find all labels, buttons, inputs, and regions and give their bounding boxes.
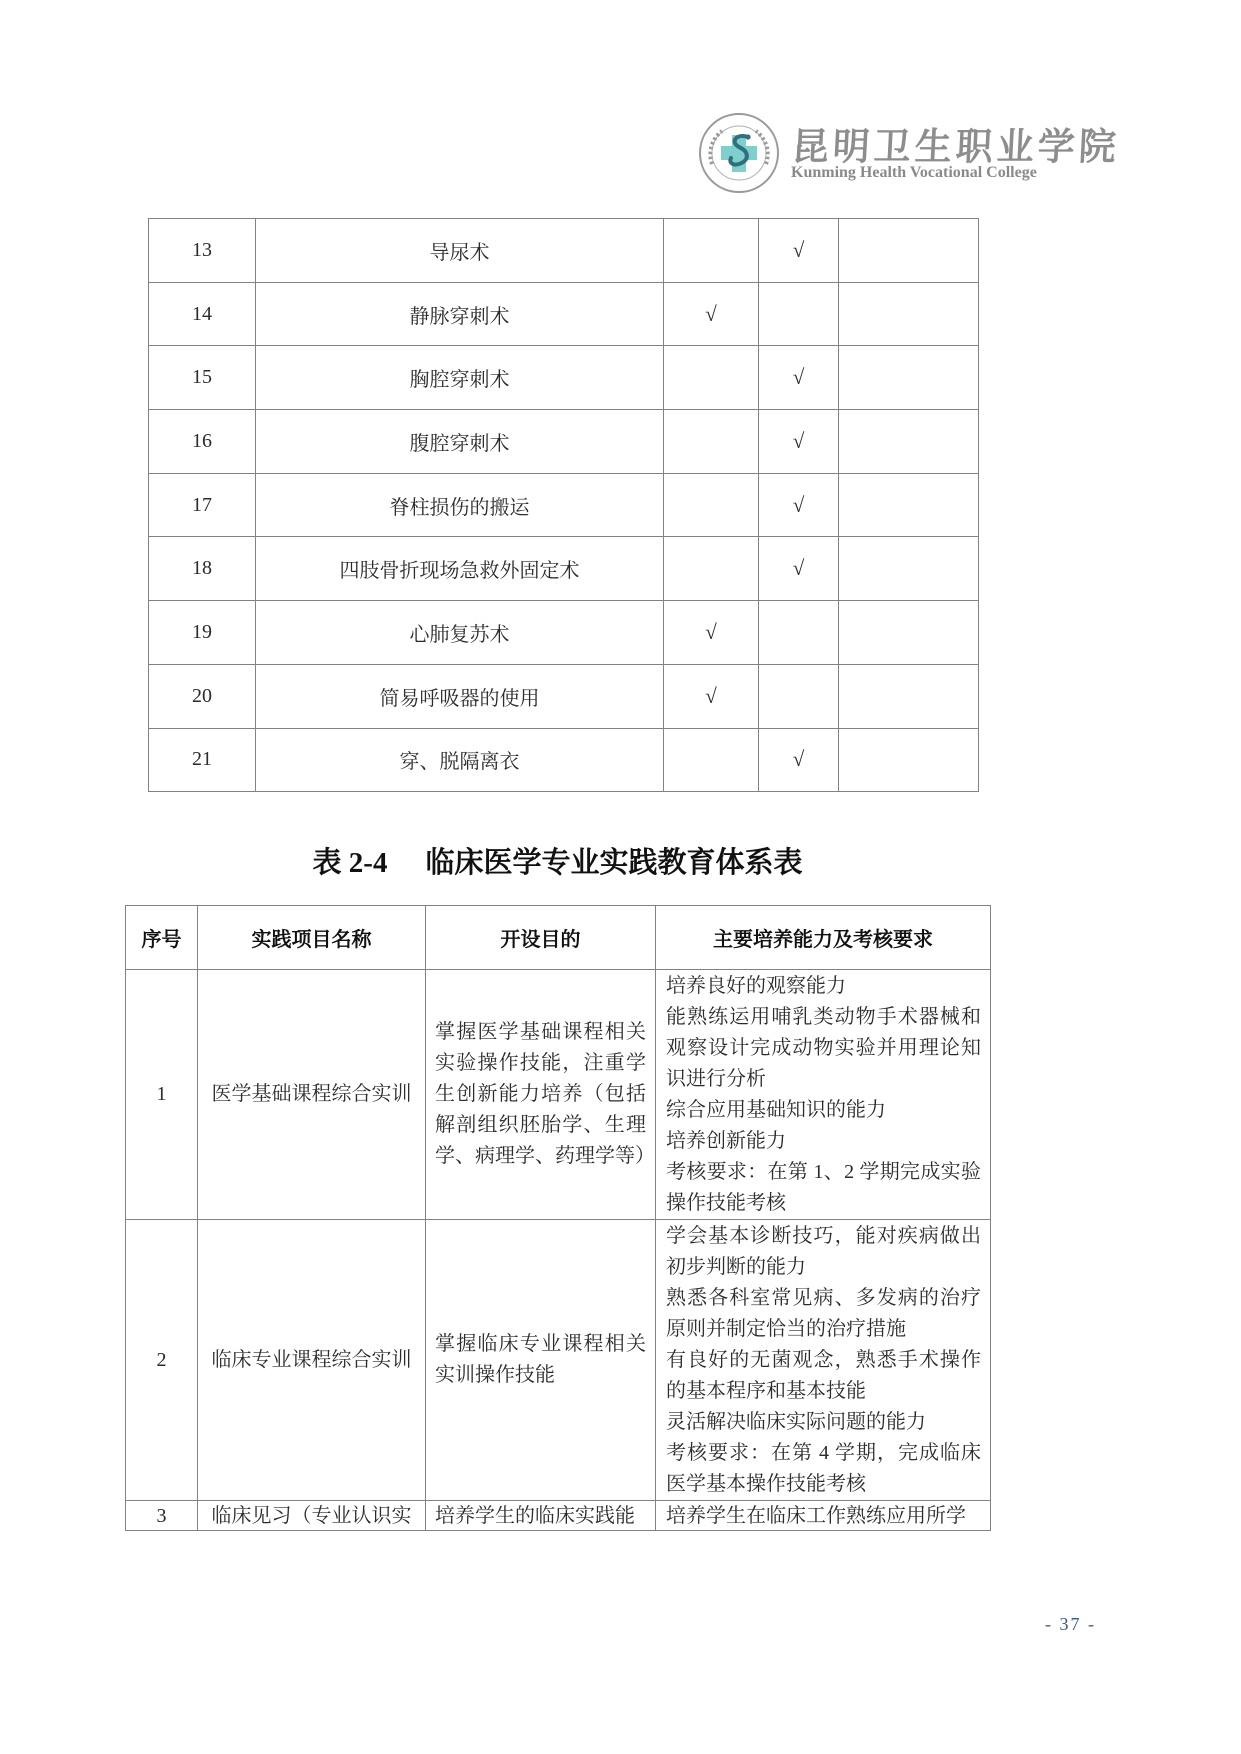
table-row: 17 脊柱损伤的搬运 √	[149, 473, 979, 537]
table-row: 14 静脉穿刺术 √	[149, 282, 979, 346]
section-title: 表 2-4临床医学专业实践教育体系表	[125, 840, 990, 881]
checkmark-cell	[839, 410, 979, 474]
checkmark-cell: √	[759, 219, 839, 283]
requirement-line: 综合应用基础知识的能力	[666, 1095, 981, 1126]
project-name: 医学基础课程综合实训	[198, 970, 426, 1220]
checkmark-cell: √	[759, 410, 839, 474]
checkmark-cell: √	[664, 601, 759, 665]
table-row: 19 心肺复苏术 √	[149, 601, 979, 665]
skill-name: 导尿术	[256, 219, 664, 283]
checkmark-cell: √	[759, 728, 839, 792]
row-number: 16	[149, 410, 256, 474]
table-row: 1 医学基础课程综合实训 掌握医学基础课程相关实验操作技能，注重学生创新能力培养…	[126, 970, 991, 1220]
project-name: 临床专业课程综合实训	[198, 1220, 426, 1501]
checkmark-cell	[839, 282, 979, 346]
college-logo-seal-icon	[698, 112, 780, 194]
table-number-label: 表 2-4	[313, 847, 388, 879]
table-row: 16 腹腔穿刺术 √	[149, 410, 979, 474]
purpose-text: 掌握临床专业课程相关实训操作技能	[426, 1220, 656, 1501]
checkmark-cell	[839, 473, 979, 537]
row-number: 2	[126, 1220, 198, 1501]
checkmark-cell: √	[664, 664, 759, 728]
requirement-line: 学会基本诊断技巧，能对疾病做出初步判断的能力	[666, 1221, 981, 1283]
table-header-row: 序号 实践项目名称 开设目的 主要培养能力及考核要求	[126, 906, 991, 970]
table-row: 15 胸腔穿刺术 √	[149, 346, 979, 410]
checkmark-cell	[664, 537, 759, 601]
checkmark-cell	[664, 346, 759, 410]
checkmark-cell	[839, 346, 979, 410]
skills-checklist-table: 13 导尿术 √ 14 静脉穿刺术 √ 15 胸腔穿刺术 √ 1	[148, 218, 979, 792]
project-name: 临床见习（专业认识实	[198, 1501, 426, 1531]
checkmark-cell	[664, 219, 759, 283]
requirement-line: 有良好的无菌观念，熟悉手术操作的基本程序和基本技能	[666, 1345, 981, 1407]
checkmark-cell: √	[759, 537, 839, 601]
checkmark-cell: √	[759, 473, 839, 537]
table-row: 2 临床专业课程综合实训 掌握临床专业课程相关实训操作技能 学会基本诊断技巧，能…	[126, 1220, 991, 1501]
requirement-line: 考核要求：在第 4 学期，完成临床医学基本操作技能考核	[666, 1438, 981, 1500]
requirement-line: 能熟练运用哺乳类动物手术器械和观察设计完成动物实验并用理论知识进行分析	[666, 1002, 981, 1095]
requirement-line: 熟悉各科室常见病、多发病的治疗原则并制定恰当的治疗措施	[666, 1283, 981, 1345]
skill-name: 脊柱损伤的搬运	[256, 473, 664, 537]
requirement-line: 培养良好的观察能力	[666, 971, 981, 1002]
purpose-text: 掌握医学基础课程相关实验操作技能，注重学生创新能力培养（包括解剖组织胚胎学、生理…	[426, 970, 656, 1220]
checkmark-cell	[839, 664, 979, 728]
requirement-line: 培养学生在临床工作熟练应用所学	[666, 1502, 981, 1530]
checkmark-cell	[664, 410, 759, 474]
checkmark-cell	[759, 282, 839, 346]
table-row: 20 简易呼吸器的使用 √	[149, 664, 979, 728]
checkmark-cell	[839, 219, 979, 283]
checkmark-cell	[839, 537, 979, 601]
checkmark-cell	[839, 728, 979, 792]
requirements-text: 学会基本诊断技巧，能对疾病做出初步判断的能力 熟悉各科室常见病、多发病的治疗原则…	[656, 1220, 991, 1501]
requirement-line: 灵活解决临床实际问题的能力	[666, 1407, 981, 1438]
checkmark-cell	[664, 473, 759, 537]
skill-name: 四肢骨折现场急救外固定术	[256, 537, 664, 601]
row-number: 20	[149, 664, 256, 728]
college-name-english: Kunming Health Vocational College	[791, 164, 1051, 182]
requirement-line: 培养创新能力	[666, 1126, 981, 1157]
document-page: 昆明卫生职业学院 Kunming Health Vocational Colle…	[0, 0, 1241, 1754]
purpose-text: 培养学生的临床实践能	[426, 1501, 656, 1531]
practice-education-table: 序号 实践项目名称 开设目的 主要培养能力及考核要求 1 医学基础课程综合实训 …	[125, 905, 991, 1531]
row-number: 14	[149, 282, 256, 346]
skill-name: 腹腔穿刺术	[256, 410, 664, 474]
row-number: 17	[149, 473, 256, 537]
skill-name: 静脉穿刺术	[256, 282, 664, 346]
row-number: 18	[149, 537, 256, 601]
checkmark-cell	[759, 664, 839, 728]
table-row: 21 穿、脱隔离衣 √	[149, 728, 979, 792]
college-name-chinese: 昆明卫生职业学院	[791, 115, 1044, 170]
row-number: 15	[149, 346, 256, 410]
column-header-requirements: 主要培养能力及考核要求	[656, 906, 991, 970]
skill-name: 简易呼吸器的使用	[256, 664, 664, 728]
table-row-truncated: 3 临床见习（专业认识实 培养学生的临床实践能 培养学生在临床工作熟练应用所学	[126, 1501, 991, 1531]
column-header-purpose: 开设目的	[426, 906, 656, 970]
table-row: 18 四肢骨折现场急救外固定术 √	[149, 537, 979, 601]
column-header-project: 实践项目名称	[198, 906, 426, 970]
requirements-text: 培养良好的观察能力 能熟练运用哺乳类动物手术器械和观察设计完成动物实验并用理论知…	[656, 970, 991, 1220]
skill-name: 穿、脱隔离衣	[256, 728, 664, 792]
checkmark-cell	[839, 601, 979, 665]
requirements-text: 培养学生在临床工作熟练应用所学	[656, 1501, 991, 1531]
checkmark-cell: √	[759, 346, 839, 410]
skill-name: 心肺复苏术	[256, 601, 664, 665]
row-number: 13	[149, 219, 256, 283]
requirement-line: 考核要求：在第 1、2 学期完成实验操作技能考核	[666, 1157, 981, 1219]
skill-name: 胸腔穿刺术	[256, 346, 664, 410]
page-number: - 37 -	[1045, 1614, 1096, 1635]
checkmark-cell	[664, 728, 759, 792]
checkmark-cell: √	[664, 282, 759, 346]
table-title-text: 临床医学专业实践教育体系表	[425, 847, 802, 879]
checkmark-cell	[759, 601, 839, 665]
table-row: 13 导尿术 √	[149, 219, 979, 283]
row-number: 19	[149, 601, 256, 665]
row-number: 3	[126, 1501, 198, 1531]
row-number: 21	[149, 728, 256, 792]
column-header-seq: 序号	[126, 906, 198, 970]
row-number: 1	[126, 970, 198, 1220]
